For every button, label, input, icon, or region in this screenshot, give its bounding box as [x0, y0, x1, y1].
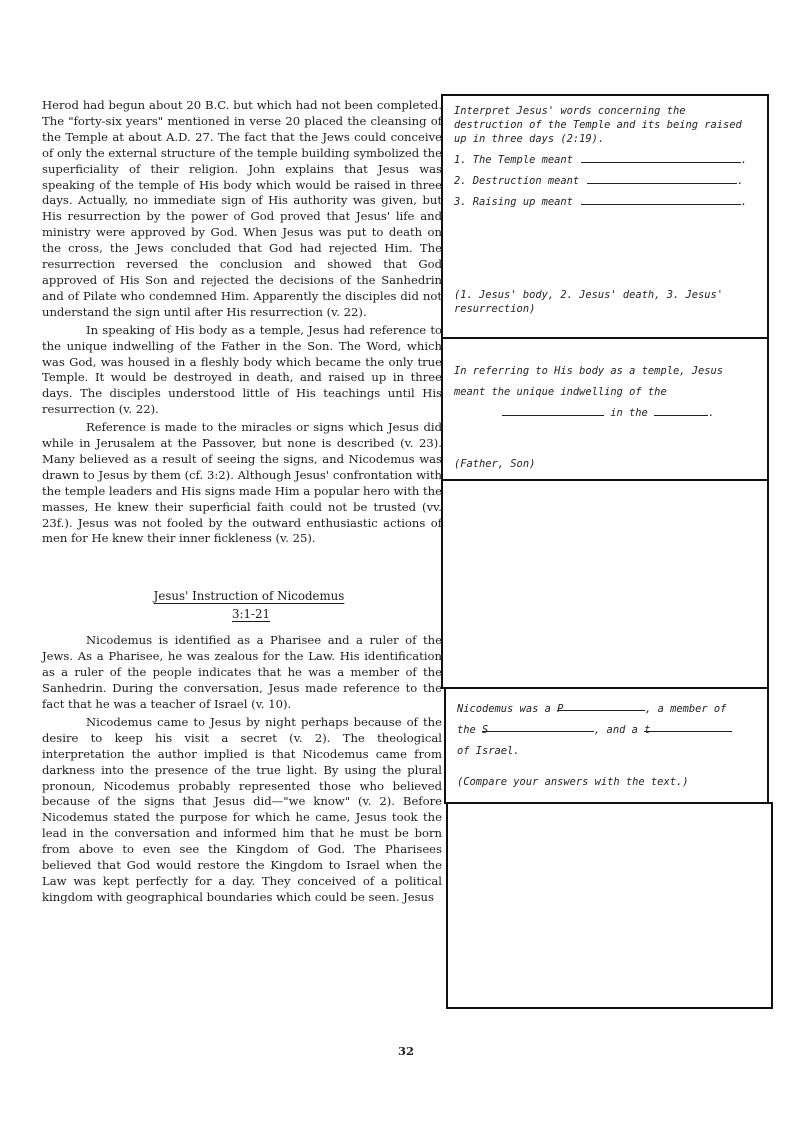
exercise-box-body-temple: In referring to His body as a temple, Je…: [441, 337, 769, 481]
prompt-text: , and a: [594, 724, 638, 736]
paragraph-signs-jerusalem: Reference is made to the miracles or sig…: [42, 420, 442, 547]
page-number: 32: [398, 1044, 414, 1058]
prompt-text: Nicodemus was a: [457, 703, 551, 715]
period: .: [741, 195, 747, 209]
exercise-answer: (1. Jesus' body, 2. Jesus' death, 3. Jes…: [454, 288, 767, 316]
exercise-box-empty-bottom: [446, 802, 773, 1009]
section-heading-text: Jesus' Instruction of Nicodemus: [154, 589, 345, 603]
paragraph-body-as-temple: In speaking of His body as a temple, Jes…: [42, 323, 442, 418]
prompt-text: the: [457, 724, 476, 736]
blank-hint: S: [482, 724, 488, 736]
exercise-item-label: 1. The Temple meant: [454, 153, 573, 167]
prompt-fill-line: in the .: [454, 403, 757, 424]
answer-blank-teacher[interactable]: t: [644, 720, 732, 732]
period: .: [708, 407, 714, 419]
exercise-item-1: 1. The Temple meant .: [454, 151, 757, 167]
period: .: [737, 174, 743, 188]
prompt-word: in the: [610, 407, 648, 419]
exercise-box-temple-interpretation: Interpret Jesus' words concerning the de…: [441, 94, 769, 339]
section-spacer: [42, 547, 442, 587]
answer-blank-pharisee[interactable]: P: [557, 699, 645, 711]
exercise-item-label: 3. Raising up meant: [454, 195, 573, 209]
prompt-line: meant the unique indwelling of the: [454, 382, 757, 403]
answer-blank[interactable]: [587, 172, 737, 184]
exercise-box-nicodemus: Nicodemus was a P, a member of the S, an…: [444, 687, 769, 804]
period: .: [741, 153, 747, 167]
prompt-line: In referring to His body as a temple, Je…: [454, 361, 757, 382]
exercise-prompt: In referring to His body as a temple, Je…: [454, 361, 757, 424]
main-text-column: Herod had begun about 20 B.C. but which …: [42, 98, 442, 906]
answer-blank[interactable]: [581, 193, 741, 205]
answer-blank[interactable]: [581, 151, 741, 163]
exercise-prompt: Nicodemus was a P, a member of the S, an…: [457, 699, 757, 762]
paragraph-temple-dating: Herod had begun about 20 B.C. but which …: [42, 98, 442, 321]
paragraph-nicodemus-night: Nicodemus came to Jesus by night perhaps…: [42, 715, 442, 906]
exercise-prompt: Interpret Jesus' words concerning the de…: [454, 104, 757, 146]
section-reference: 3:1-21: [42, 605, 442, 623]
blank-hint: t: [644, 724, 650, 736]
section-reference-text: 3:1-21: [232, 607, 270, 621]
answer-blank[interactable]: [654, 404, 708, 416]
answer-blank[interactable]: [502, 404, 604, 416]
prompt-line: the S, and a t: [457, 720, 757, 741]
blank-hint: P: [557, 703, 563, 715]
exercise-item-2: 2. Destruction meant .: [454, 172, 757, 188]
exercise-item-label: 2. Destruction meant: [454, 174, 579, 188]
prompt-line: of Israel.: [457, 741, 757, 762]
section-heading: Jesus' Instruction of Nicodemus: [42, 587, 442, 605]
paragraph-nicodemus-identity: Nicodemus is identified as a Pharisee an…: [42, 633, 442, 713]
exercise-item-3: 3. Raising up meant .: [454, 193, 757, 209]
exercise-answer: (Compare your answers with the text.): [457, 775, 688, 789]
answer-blank-sanhedrin[interactable]: S: [482, 720, 594, 732]
prompt-text: , a member of: [645, 703, 726, 715]
exercise-box-empty: [441, 479, 769, 689]
exercise-answer: (Father, Son): [454, 457, 535, 471]
prompt-line: Nicodemus was a P, a member of: [457, 699, 757, 720]
workbook-column: Interpret Jesus' words concerning the de…: [441, 96, 769, 1009]
